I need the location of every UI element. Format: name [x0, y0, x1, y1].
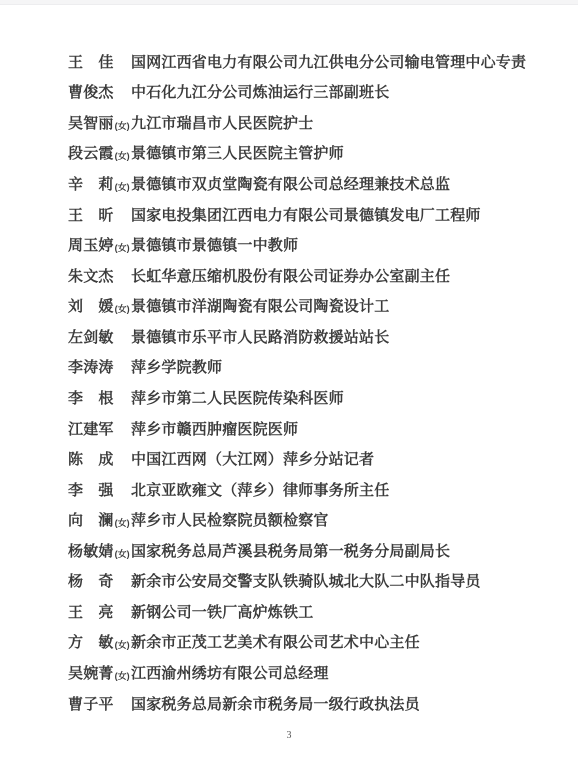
list-item: 王 佳 国网江西省电力有限公司九江供电分公司输电管理中心专责 — [68, 46, 578, 77]
list-item: 李 强 北京亚欧雍文（萍乡）律师事务所主任 — [68, 474, 578, 505]
name-block: 王 佳 — [68, 51, 131, 72]
name-block: 曹子平 — [68, 693, 131, 714]
name-block: 王 昕 — [68, 204, 131, 225]
person-name: 李 根 — [68, 387, 114, 408]
person-name: 周玉婷 — [68, 234, 114, 255]
person-title: 国网江西省电力有限公司九江供电分公司输电管理中心专责 — [131, 51, 526, 72]
list-item: 左剑敏 景德镇市乐平市人民路消防救援站站长 — [68, 321, 578, 352]
list-item: 江建军 萍乡市赣西肿瘤医院医师 — [68, 413, 578, 444]
person-title: 国家税务总局芦溪县税务局第一税务分局副局长 — [131, 540, 450, 561]
gender-mark: (女) — [115, 638, 130, 651]
person-name: 李涛涛 — [68, 356, 114, 377]
name-block: 吴智丽 (女) — [68, 112, 131, 133]
list-item: 吴智丽 (女) 九江市瑞昌市人民医院护士 — [68, 107, 578, 138]
name-block: 王 亮 — [68, 601, 131, 622]
list-item: 向 澜 (女) 萍乡市人民检察院员额检察官 — [68, 504, 578, 535]
person-title: 景德镇市第三人民医院主管护师 — [131, 142, 344, 163]
name-block: 李 根 — [68, 387, 131, 408]
list-item: 李 根 萍乡市第二人民医院传染科医师 — [68, 382, 578, 413]
person-name: 刘 媛 — [68, 295, 114, 316]
person-name: 向 澜 — [68, 509, 114, 530]
list-item: 朱文杰 长虹华意压缩机股份有限公司证券办公室副主任 — [68, 260, 578, 291]
list-item: 辛 莉 (女) 景德镇市双贞堂陶瓷有限公司总经理兼技术总监 — [68, 168, 578, 199]
gender-mark: (女) — [115, 119, 130, 132]
person-title: 国家电投集团江西电力有限公司景德镇发电厂工程师 — [131, 204, 481, 225]
list-item: 王 昕 国家电投集团江西电力有限公司景德镇发电厂工程师 — [68, 199, 578, 230]
person-name: 杨 奇 — [68, 570, 114, 591]
name-block: 方 敏 (女) — [68, 631, 131, 652]
person-title: 北京亚欧雍文（萍乡）律师事务所主任 — [131, 479, 389, 500]
list-item: 王 亮 新钢公司一铁厂高炉炼铁工 — [68, 596, 578, 627]
list-item: 段云霞 (女) 景德镇市第三人民医院主管护师 — [68, 138, 578, 169]
person-name: 王 佳 — [68, 51, 114, 72]
person-name: 王 昕 — [68, 204, 114, 225]
person-name: 朱文杰 — [68, 265, 114, 286]
person-name: 段云霞 — [68, 142, 114, 163]
person-title: 萍乡市赣西肿瘤医院医师 — [131, 418, 298, 439]
person-title: 长虹华意压缩机股份有限公司证券办公室副主任 — [131, 265, 450, 286]
gender-mark: (女) — [115, 547, 130, 560]
person-name: 辛 莉 — [68, 173, 114, 194]
gender-mark: (女) — [115, 149, 130, 162]
person-title: 新余市正茂工艺美术有限公司艺术中心主任 — [131, 631, 420, 652]
name-block: 左剑敏 — [68, 326, 131, 347]
person-name: 曹子平 — [68, 693, 114, 714]
gender-mark: (女) — [115, 241, 130, 254]
person-title: 新余市公安局交警支队铁骑队城北大队二中队指导员 — [131, 570, 481, 591]
gender-mark: (女) — [115, 516, 130, 529]
person-title: 萍乡市人民检察院员额检察官 — [131, 509, 329, 530]
person-name: 江建军 — [68, 418, 114, 439]
list-item: 周玉婷 (女) 景德镇市景德镇一中教师 — [68, 229, 578, 260]
person-title: 九江市瑞昌市人民医院护士 — [131, 112, 313, 133]
person-name: 陈 成 — [68, 448, 114, 469]
name-block: 周玉婷 (女) — [68, 234, 131, 255]
person-title: 景德镇市洋湖陶瓷有限公司陶瓷设计工 — [131, 295, 389, 316]
gender-mark: (女) — [115, 302, 130, 315]
list-item: 吴婉菁 (女) 江西渝州绣坊有限公司总经理 — [68, 657, 578, 688]
page-top-edge — [0, 0, 578, 5]
name-block: 段云霞 (女) — [68, 142, 131, 163]
person-name: 曹俊杰 — [68, 81, 114, 102]
person-title: 景德镇市双贞堂陶瓷有限公司总经理兼技术总监 — [131, 173, 450, 194]
person-title: 萍乡市第二人民医院传染科医师 — [131, 387, 344, 408]
name-block: 辛 莉 (女) — [68, 173, 131, 194]
person-name: 李 强 — [68, 479, 114, 500]
list-item: 曹子平 国家税务总局新余市税务局一级行政执法员 — [68, 688, 578, 719]
person-name: 吴智丽 — [68, 112, 114, 133]
person-title: 中国江西网（大江网）萍乡分站记者 — [131, 448, 374, 469]
name-block: 陈 成 — [68, 448, 131, 469]
person-name: 吴婉菁 — [68, 662, 114, 683]
person-title: 景德镇市景德镇一中教师 — [131, 234, 298, 255]
name-block: 杨 奇 — [68, 570, 131, 591]
name-block: 李 强 — [68, 479, 131, 500]
list-item: 陈 成 中国江西网（大江网）萍乡分站记者 — [68, 443, 578, 474]
name-block: 李涛涛 — [68, 356, 131, 377]
name-block: 江建军 — [68, 418, 131, 439]
person-title: 江西渝州绣坊有限公司总经理 — [131, 662, 329, 683]
person-title: 新钢公司一铁厂高炉炼铁工 — [131, 601, 313, 622]
list-item: 杨 奇 新余市公安局交警支队铁骑队城北大队二中队指导员 — [68, 566, 578, 597]
name-block: 向 澜 (女) — [68, 509, 131, 530]
name-block: 曹俊杰 — [68, 81, 131, 102]
person-name: 杨敏婧 — [68, 540, 114, 561]
name-block: 朱文杰 — [68, 265, 131, 286]
person-title: 景德镇市乐平市人民路消防救援站站长 — [131, 326, 389, 347]
person-name: 王 亮 — [68, 601, 114, 622]
person-title: 中石化九江分公司炼油运行三部副班长 — [131, 81, 389, 102]
gender-mark: (女) — [115, 180, 130, 193]
person-name: 左剑敏 — [68, 326, 114, 347]
gender-mark: (女) — [115, 669, 130, 682]
list-item: 杨敏婧 (女) 国家税务总局芦溪县税务局第一税务分局副局长 — [68, 535, 578, 566]
list-item: 李涛涛 萍乡学院教师 — [68, 352, 578, 383]
honoree-roster-list: 王 佳 国网江西省电力有限公司九江供电分公司输电管理中心专责 曹俊杰 中石化九江… — [68, 46, 578, 718]
list-item: 曹俊杰 中石化九江分公司炼油运行三部副班长 — [68, 77, 578, 108]
name-block: 吴婉菁 (女) — [68, 662, 131, 683]
name-block: 杨敏婧 (女) — [68, 540, 131, 561]
person-title: 萍乡学院教师 — [131, 356, 222, 377]
person-title: 国家税务总局新余市税务局一级行政执法员 — [131, 693, 420, 714]
person-name: 方 敏 — [68, 631, 114, 652]
name-block: 刘 媛 (女) — [68, 295, 131, 316]
page-number: 3 — [0, 730, 578, 741]
list-item: 方 敏 (女) 新余市正茂工艺美术有限公司艺术中心主任 — [68, 627, 578, 658]
list-item: 刘 媛 (女) 景德镇市洋湖陶瓷有限公司陶瓷设计工 — [68, 291, 578, 322]
